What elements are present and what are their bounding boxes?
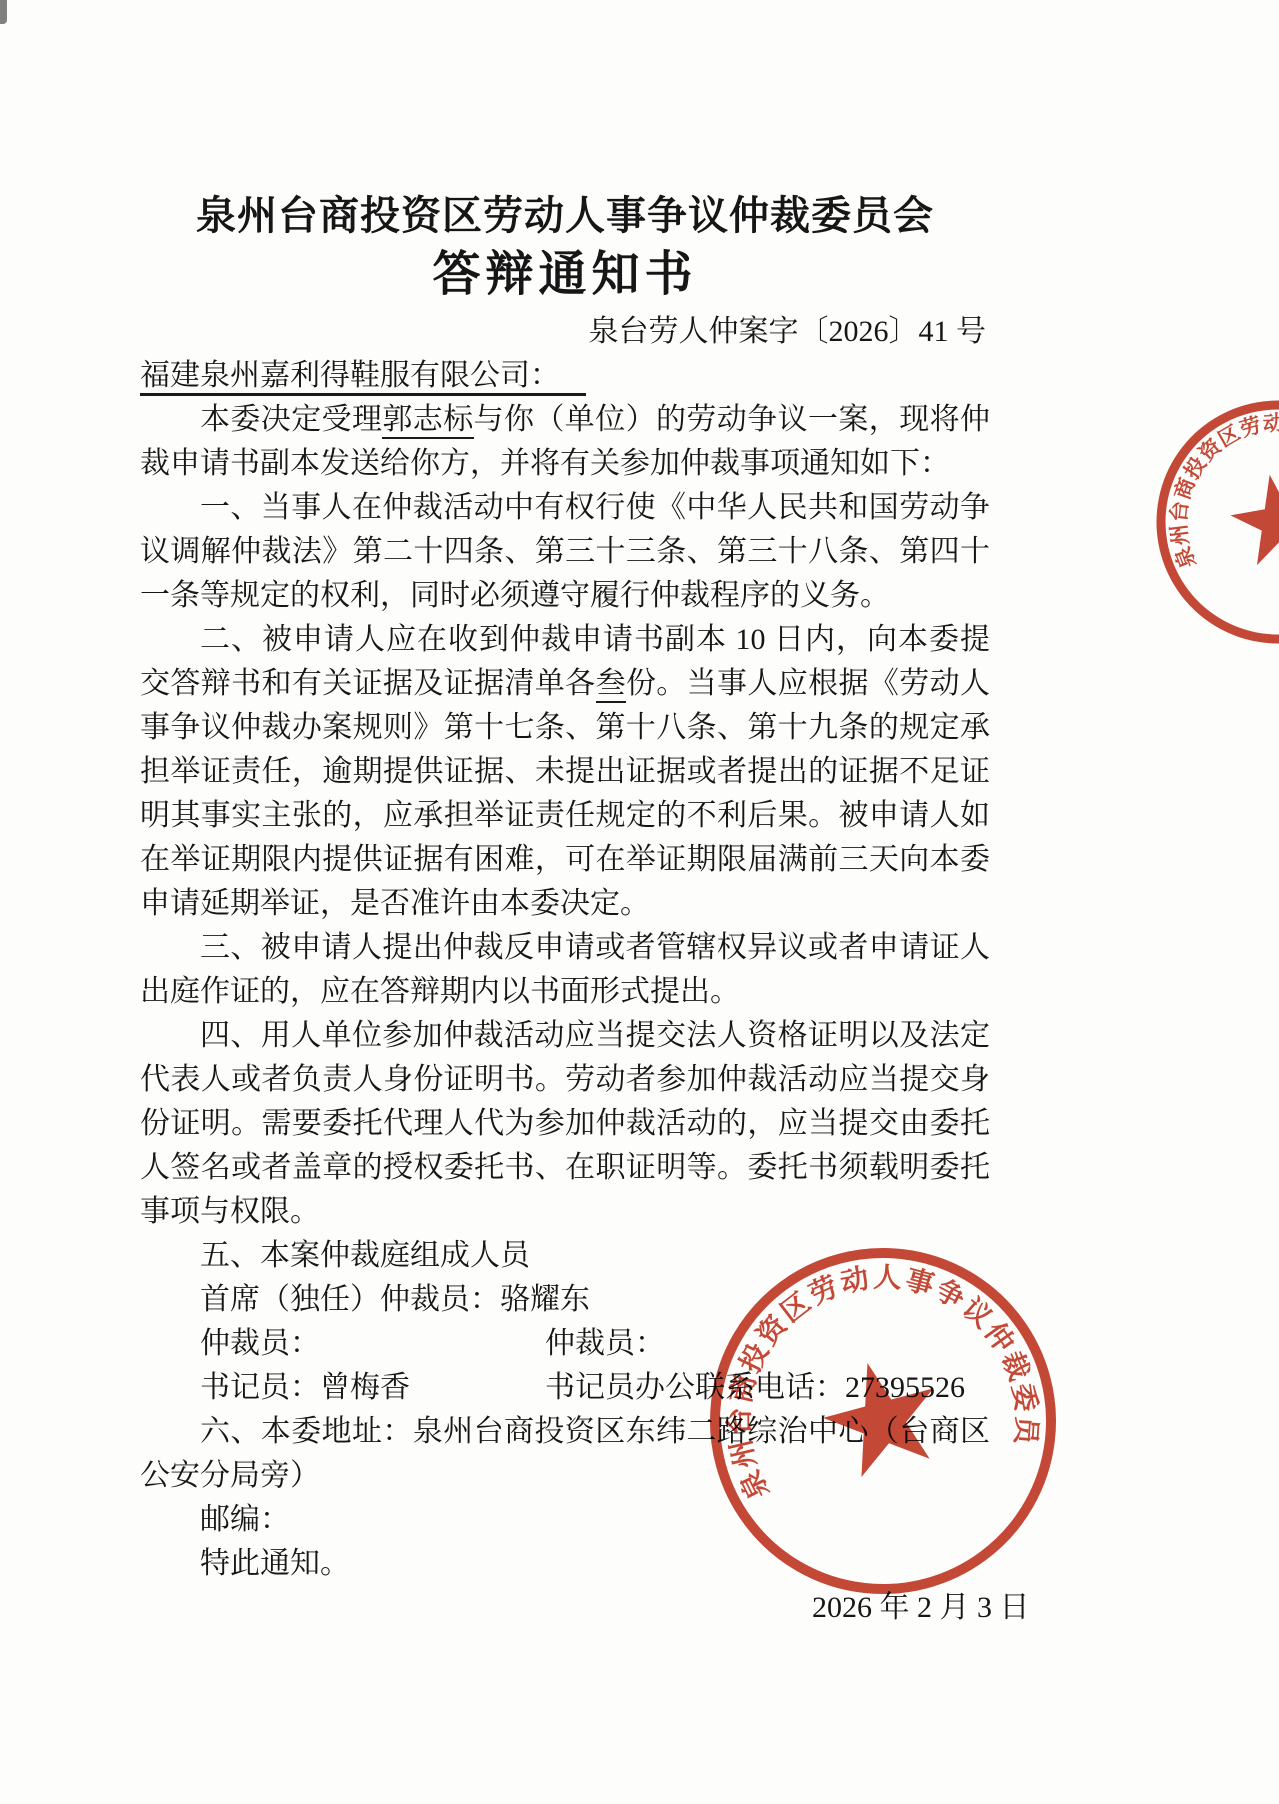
document-page: 泉州台商投资区劳动人事争议仲裁委员会 答辩通知书 泉台劳人仲案字〔2026〕41… — [0, 0, 1279, 1804]
text-segment: 四、用人单位参加仲裁活动应当提交法人资格证明以及法定代表人或者负责人身份证明书。… — [140, 1019, 990, 1228]
closing-line: 特此通知。 — [140, 1542, 990, 1586]
text-segment: 五、本案仲裁庭组成人员 — [200, 1239, 530, 1272]
clerk-phone-cell: 书记员办公联系电话：27395526 — [545, 1366, 990, 1410]
issue-date: 2026 年 2 月 3 日 — [140, 1586, 990, 1630]
addressee-line: 福建泉州嘉利得鞋服有限公司： — [140, 354, 990, 398]
postal-code-line: 邮编： — [140, 1498, 990, 1542]
text-segment: 三、被申请人提出仲裁反申请或者管辖权异议或者申请证人出庭作证的，应在答辩期内以书… — [140, 931, 990, 1008]
paragraph-item-1: 一、当事人在仲裁活动中有权行使《中华人民共和国劳动争议调解仲裁法》第二十四条、第… — [140, 486, 990, 618]
seal-right-graphic: 泉州台商投资区劳动人事争议仲裁委员会 — [1132, 376, 1279, 668]
tribunal-clerk-row: 书记员：曾梅香 书记员办公联系电话：27395526 — [140, 1366, 990, 1410]
clerk-name: 曾梅香 — [320, 1371, 410, 1404]
official-seal-right: 泉州台商投资区劳动人事争议仲裁委员会 — [1132, 376, 1279, 668]
chief-arbitrator-name: 骆耀东 — [500, 1283, 590, 1316]
paragraph-intro: 本委决定受理郭志标与你（单位）的劳动争议一案，现将仲裁申请书副本发送给你方，并将… — [140, 398, 990, 486]
document-content: 泉州台商投资区劳动人事争议仲裁委员会 答辩通知书 泉台劳人仲案字〔2026〕41… — [140, 190, 990, 1630]
arbitrator-label-right: 仲裁员： — [545, 1322, 990, 1366]
clerk-phone-label: 书记员办公联系电话： — [545, 1371, 845, 1404]
case-number: 泉台劳人仲案字〔2026〕41 号 — [140, 310, 990, 354]
clerk-phone-number: 27395526 — [845, 1371, 965, 1404]
tribunal-chief-line: 首席（独任）仲裁员：骆耀东 — [140, 1278, 990, 1322]
text-segment: 六、本委地址：泉州台商投资区东纬二路综治中心（台商区公安分局旁） — [140, 1415, 990, 1492]
seal-ring — [1142, 386, 1279, 657]
addressee-name: 福建泉州嘉利得鞋服有限公司： — [140, 359, 586, 396]
chief-arbitrator-label: 首席（独任）仲裁员： — [200, 1283, 500, 1316]
document-title: 答辩通知书 — [140, 246, 990, 304]
paragraph-item-6-address: 六、本委地址：泉州台商投资区东纬二路综治中心（台商区公安分局旁） — [140, 1410, 990, 1498]
paragraph-item-3: 三、被申请人提出仲裁反申请或者管辖权异议或者申请证人出庭作证的，应在答辩期内以书… — [140, 926, 990, 1014]
text-segment: 本委决定受理 — [200, 403, 382, 436]
seal-ring-text: 泉州台商投资区劳动人事争议仲裁委员会 — [1132, 376, 1279, 579]
paragraph-item-2: 二、被申请人应在收到仲裁申请书副本 10 日内，向本委提交答辩书和有关证据及证据… — [140, 618, 990, 926]
scan-artifact — [0, 0, 7, 24]
tribunal-arbitrators-row: 仲裁员： 仲裁员： — [140, 1322, 990, 1366]
paragraph-item-4: 四、用人单位参加仲裁活动应当提交法人资格证明以及法定代表人或者负责人身份证明书。… — [140, 1014, 990, 1234]
clerk-label: 书记员： — [200, 1371, 320, 1404]
arbitrator-label-left: 仲裁员： — [140, 1322, 545, 1366]
paragraph-item-5: 五、本案仲裁庭组成人员 — [140, 1234, 990, 1278]
underlined-text: 叁 — [596, 667, 626, 703]
text-segment: 一、当事人在仲裁活动中有权行使《中华人民共和国劳动争议调解仲裁法》第二十四条、第… — [140, 491, 990, 612]
text-segment: 份。当事人应根据《劳动人事争议仲裁办案规则》第十七条、第十八条、第十九条的规定承… — [140, 667, 990, 920]
underlined-text: 郭志标 — [382, 403, 473, 439]
star-icon — [1225, 467, 1279, 568]
clerk-cell: 书记员：曾梅香 — [140, 1366, 545, 1410]
organization-title: 泉州台商投资区劳动人事争议仲裁委员会 — [140, 190, 990, 242]
